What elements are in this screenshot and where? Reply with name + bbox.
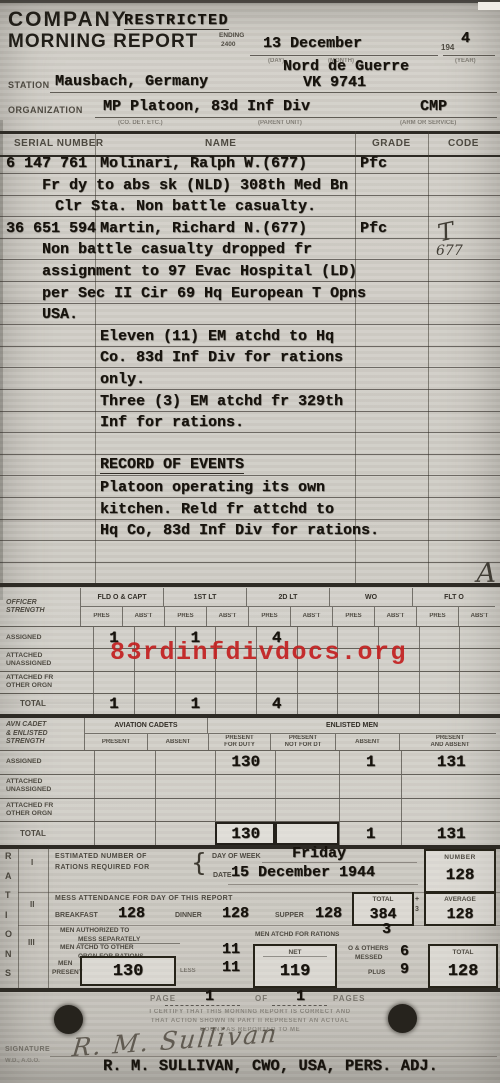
parent-unit-label: (PARENT UNIT) <box>258 120 302 126</box>
rations-numeral-1: I <box>31 858 33 867</box>
station-label: STATION <box>8 80 50 90</box>
cell-serial: 6 147 761 <box>6 155 87 172</box>
rations-letter: O <box>5 929 12 939</box>
cell-continuation: per Sec II Cir 69 Hq European T Opns <box>42 285 366 302</box>
column-header: PRES <box>80 607 122 626</box>
row-label-line: UNASSIGNED <box>6 660 51 668</box>
grid-reference-line2: VK 9741 <box>303 75 366 91</box>
cell-name: only. <box>100 371 145 388</box>
value-cell <box>275 775 338 798</box>
number-box: NUMBER 128 <box>424 849 496 893</box>
header-columns: FLD O & CAPT1ST LT2D LTWOFLT OPRESABS'TP… <box>80 588 500 626</box>
ending-time: 2400 <box>221 41 235 48</box>
serial-number-header: SERIAL NUMBER <box>14 138 104 149</box>
table-row: A <box>0 563 500 585</box>
others-messed-label1: O & OTHERS <box>348 945 388 952</box>
rations-letter: T <box>5 890 11 900</box>
supper-value: 128 <box>315 906 342 922</box>
value-cell: 1 <box>339 822 401 845</box>
value-cell <box>215 775 276 798</box>
table-row: USA. <box>0 304 500 326</box>
enlisted-strength-table: AVN CADET& ENLISTEDSTRENGTHAVIATION CADE… <box>0 718 500 845</box>
cell-name: Inf for rations. <box>100 414 244 431</box>
column-header-line: ABSENT <box>355 739 380 746</box>
row-label-line: ATTACHED <box>6 652 42 660</box>
atchd-other-label1: MEN ATCHD TO OTHER <box>60 944 134 951</box>
net-box: NET 119 <box>253 944 337 988</box>
table-row: per Sec II Cir 69 Hq European T Opns <box>0 282 500 304</box>
column-header-line: PRESENT <box>289 735 317 742</box>
table-header: AVN CADET& ENLISTEDSTRENGTHAVIATION CADE… <box>0 718 500 750</box>
org-sub-label: (CO. DET. ETC.) <box>118 120 163 126</box>
column-header: ABS'T <box>458 607 500 626</box>
value-cell <box>155 751 215 774</box>
organization-label: ORGANIZATION <box>8 105 83 115</box>
column-header-line: ABS'T <box>387 613 405 620</box>
row-label-line: ASSIGNED <box>6 758 42 766</box>
table-corner-label: OFFICERSTRENGTH <box>0 588 80 626</box>
table-row <box>0 541 500 563</box>
cell-name: Molinari, Ralph W.(677) <box>100 155 307 172</box>
cell-name: RECORD OF EVENTS <box>100 456 244 474</box>
value-cell <box>419 694 460 715</box>
cell-grade: Pfc <box>360 155 387 172</box>
men-present-label1: MEN <box>58 960 72 967</box>
group-header-row: AVIATION CADETSENLISTED MEN <box>84 718 500 734</box>
signature-label: SIGNATURE <box>5 1046 50 1053</box>
table-corner-label: AVN CADET& ENLISTEDSTRENGTH <box>0 718 84 750</box>
value-cell <box>297 694 338 715</box>
number-label: NUMBER <box>426 854 494 861</box>
table-row: Inf for rations. <box>0 412 500 434</box>
total-label: TOTAL <box>354 896 412 903</box>
value-cell: 130 <box>215 822 276 845</box>
dinner-value: 128 <box>222 906 249 922</box>
value-cell: 4 <box>256 694 297 715</box>
value-cell: 1 <box>339 751 401 774</box>
auth-mess-label1: MEN AUTHORIZED TO <box>60 927 129 934</box>
rations-section: RATIONS I ESTIMATED NUMBER OF RATIONS RE… <box>0 848 500 988</box>
plus-label: PLUS <box>368 969 385 976</box>
group-header: AVIATION CADETS <box>84 718 207 734</box>
row-label: ASSIGNED <box>0 751 94 774</box>
column-header-line: PRES <box>345 613 361 620</box>
value-cell <box>401 775 500 798</box>
column-header-line: PRES <box>429 613 445 620</box>
atchd-for-rations-value: 3 <box>382 922 391 938</box>
scan-top-edge <box>0 0 500 3</box>
column-header: PRESENTAND ABSENT <box>399 734 500 750</box>
value-cell <box>401 799 500 822</box>
cell-continuation: Fr dy to abs sk (NLD) 308th Med Bn <box>42 177 348 194</box>
personnel-entries-table: SERIAL NUMBER NAME GRADE CODE 6 147 761M… <box>0 131 500 585</box>
row-label-line: ASSIGNED <box>6 634 42 642</box>
value-cell: 131 <box>401 751 500 774</box>
mess-attendance-label: MESS ATTENDANCE FOR DAY OF THIS REPORT <box>55 895 233 902</box>
auth-mess-label2: MESS SEPARATELY <box>78 936 180 944</box>
column-header: PRES <box>332 607 374 626</box>
scan-corner-chip <box>478 2 500 10</box>
strength-value: 131 <box>437 753 466 771</box>
rations-letter: N <box>5 949 12 959</box>
row-label-line: TOTAL <box>6 830 46 838</box>
value-cell <box>175 672 216 693</box>
year-prefix: 194 <box>441 43 454 52</box>
signature-typed-name: R. M. SULLIVAN, CWO, USA, PERS. ADJ. <box>103 1058 438 1074</box>
men-present-label2: PRESENT <box>52 969 83 976</box>
of-label: OF <box>255 994 268 1003</box>
column-header: ABS'T <box>374 607 416 626</box>
value-cell <box>94 822 156 845</box>
arm-service-value: CMP <box>420 99 447 115</box>
cell-continuation: assignment to 97 Evac Hospital (LD) <box>42 263 357 280</box>
value-cell <box>155 799 215 822</box>
column-header: ABS'T <box>206 607 248 626</box>
column-header-line: ABS'T <box>219 613 237 620</box>
strength-value: 1 <box>366 753 376 771</box>
cell-name: kitchen. Reld fr attchd to <box>100 501 334 518</box>
table-row: Hq Co, 83d Inf Div for rations. <box>0 520 500 542</box>
group-header: 2D LT <box>246 588 329 607</box>
pages-underline <box>272 1005 327 1006</box>
table-header: OFFICERSTRENGTHFLD O & CAPT1ST LT2D LTWO… <box>0 588 500 626</box>
rations-numeral-2: II <box>30 900 34 909</box>
value-cell <box>134 694 175 715</box>
grade-header: GRADE <box>372 138 411 149</box>
value-cell <box>275 751 338 774</box>
strength-value: 130 <box>231 825 260 843</box>
less-label: LESS <box>180 968 196 974</box>
column-header-line: PRES <box>93 613 109 620</box>
watermark-text: 83rdinfdivdocs.org <box>110 638 407 667</box>
less-value: 11 <box>222 960 240 976</box>
strength-row: ATTACHED FROTHER ORGN <box>0 671 500 693</box>
rations-letter: R <box>5 851 12 861</box>
rations-total-box: TOTAL 128 <box>428 944 498 988</box>
value-cell <box>215 694 256 715</box>
value-cell <box>215 672 256 693</box>
date-label: DATE <box>213 872 232 879</box>
strength-row: ATTACHED FROTHER ORGN <box>0 798 500 822</box>
value-cell <box>378 694 419 715</box>
value-cell <box>419 672 460 693</box>
average-value: 128 <box>426 906 494 923</box>
cell-name: Co. 83d Inf Div for rations <box>100 349 343 366</box>
rations-letter: I <box>5 910 8 920</box>
column-header: PRESENTFOR DUTY <box>208 734 270 750</box>
value-cell <box>419 649 460 670</box>
group-header: 1ST LT <box>163 588 246 607</box>
atchd-for-rations-label: MEN ATCHD FOR RATIONS <box>255 931 339 938</box>
cell-name: Eleven (11) EM atchd to Hq <box>100 328 334 345</box>
table-row: only. <box>0 368 500 390</box>
column-header-line: ABS'T <box>303 613 321 620</box>
row-label-line: TOTAL <box>6 700 46 708</box>
value-cell <box>93 672 134 693</box>
row-label-line: ATTACHED FR <box>6 674 53 682</box>
value-cell <box>155 775 215 798</box>
brace-glyph: { <box>191 848 207 877</box>
value-cell <box>256 672 297 693</box>
header-columns: AVIATION CADETSENLISTED MENPRESENTABSENT… <box>84 718 500 750</box>
cell-continuation: Non battle casualty dropped fr <box>42 241 312 258</box>
year-value: 4 <box>461 31 470 47</box>
form-title-line2: MORNING REPORT <box>8 31 198 53</box>
strength-value: 1 <box>109 695 119 713</box>
row-label: ASSIGNED <box>0 627 93 648</box>
rations-total-label: TOTAL <box>430 949 496 956</box>
estimated-rations-label2: RATIONS REQUIRED FOR <box>55 864 150 871</box>
row-label-line: ATTACHED <box>6 778 42 786</box>
column-header: PRES <box>416 607 458 626</box>
breakfast-value: 128 <box>118 906 145 922</box>
report-date-value: 13 December <box>263 36 362 52</box>
strength-value: 4 <box>272 695 282 713</box>
restricted-stamp: RESTRICTED <box>124 12 229 30</box>
sub-header-row: PRESABS'TPRESABS'TPRESABS'TPRESABS'TPRES… <box>80 607 500 626</box>
group-header: FLT O <box>412 588 495 607</box>
form-number-text: W.D., A.G.O. <box>5 1058 40 1064</box>
value-cell <box>297 672 338 693</box>
strength-row: TOTAL114 <box>0 693 500 715</box>
strength-row: ATTACHEDUNASSIGNED <box>0 774 500 798</box>
cell-grade: Pfc <box>360 220 387 237</box>
value-cell: 1 <box>175 694 216 715</box>
table-row: 36 651 594Martin, Richard N.(677)PfcT <box>0 217 500 239</box>
column-header-line: PRESENT <box>102 739 130 746</box>
value-cell <box>459 672 500 693</box>
strength-value: 1 <box>191 695 201 713</box>
cell-name: Three (3) EM atchd fr 329th <box>100 393 343 410</box>
station-value: Mausbach, Germany <box>55 74 208 90</box>
row-label: ATTACHED FROTHER ORGN <box>0 799 94 822</box>
value-cell <box>275 799 338 822</box>
punch-hole-right <box>388 1004 417 1033</box>
estimated-rations-label1: ESTIMATED NUMBER OF <box>55 853 147 860</box>
average-box: AVERAGE 128 <box>424 892 496 926</box>
rations-total-value: 128 <box>430 962 496 981</box>
row-label: ATTACHEDUNASSIGNED <box>0 775 94 798</box>
cell-name: Hq Co, 83d Inf Div for rations. <box>100 522 379 539</box>
ending-label: ENDING <box>219 32 244 39</box>
day-of-week-label: DAY OF WEEK <box>212 853 261 860</box>
cell-serial: 36 651 594 <box>6 220 96 237</box>
form-title-line1: COMPANY <box>8 8 128 32</box>
net-label: NET <box>263 949 327 957</box>
year-rule <box>443 55 495 56</box>
column-header-line: ABS'T <box>135 613 153 620</box>
rations-letter: S <box>5 968 11 978</box>
rations-numeral-3: III <box>28 938 35 947</box>
date-rule <box>250 55 438 56</box>
net-value: 119 <box>255 962 335 981</box>
table-row: Clr Sta. Non battle casualty. <box>0 196 500 218</box>
pages-label: PAGES <box>333 994 365 1003</box>
group-header-row: FLD O & CAPT1ST LT2D LTWOFLT O <box>80 588 500 607</box>
column-header: PRES <box>248 607 290 626</box>
number-value: 128 <box>426 866 494 884</box>
breakfast-label: BREAKFAST <box>55 912 98 919</box>
code-header: CODE <box>448 138 479 149</box>
value-cell <box>459 649 500 670</box>
date-rule <box>228 884 418 885</box>
rations-date-value: 15 December 1944 <box>231 865 375 881</box>
atchd-other-value: 11 <box>222 942 240 958</box>
strength-row: TOTAL1301131 <box>0 821 500 845</box>
column-header-line: PRES <box>177 613 193 620</box>
column-header: ABS'T <box>290 607 332 626</box>
strength-value: 131 <box>437 825 466 843</box>
column-header: PRESENTNOT FOR DT <box>270 734 335 750</box>
table-row: assignment to 97 Evac Hospital (LD) <box>0 260 500 282</box>
value-cell <box>337 694 378 715</box>
row-label-line: UNASSIGNED <box>6 786 51 794</box>
value-cell <box>419 627 460 648</box>
men-present-box: 130 <box>80 956 176 986</box>
value-cell <box>337 672 378 693</box>
table-row: Eleven (11) EM atchd to Hq <box>0 325 500 347</box>
page-label: PAGE <box>150 994 176 1003</box>
rations-divider <box>18 848 19 988</box>
row-label: TOTAL <box>0 694 93 715</box>
cell-name: Platoon operating its own <box>100 479 325 496</box>
entries-rows: 6 147 761Molinari, Ralph W.(677)PfcFr dy… <box>0 153 500 585</box>
section-divider <box>0 988 500 992</box>
row-label: ATTACHEDUNASSIGNED <box>0 649 93 670</box>
value-cell <box>94 799 156 822</box>
column-header-line: FOR DUTY <box>224 742 255 749</box>
page-number: 1 <box>205 989 214 1005</box>
column-header-line: PRESENT <box>225 735 253 742</box>
sub-header-row: PRESENTABSENTPRESENTFOR DUTYPRESENTNOT F… <box>84 734 500 750</box>
supper-label: SUPPER <box>275 912 304 919</box>
column-header: PRES <box>164 607 206 626</box>
row-label: ATTACHED FROTHER ORGN <box>0 672 93 693</box>
strength-value: 130 <box>231 753 260 771</box>
value-cell <box>339 775 401 798</box>
name-header: NAME <box>205 138 236 149</box>
value-cell <box>155 822 215 845</box>
others-messed-value: 6 <box>400 944 409 960</box>
value-cell: 1 <box>93 694 134 715</box>
table-row: kitchen. Reld fr attchd to <box>0 498 500 520</box>
column-header: ABSENT <box>335 734 399 750</box>
average-label: AVERAGE <box>426 896 494 903</box>
strength-value: 1 <box>366 825 376 843</box>
table-row: 6 147 761Molinari, Ralph W.(677)Pfc <box>0 153 500 175</box>
divide-by-value: 3 <box>415 906 419 913</box>
plus-value: 9 <box>400 962 409 978</box>
rations-letter: A <box>5 871 12 881</box>
value-cell <box>94 751 156 774</box>
column-header-line: PRESENT <box>436 735 464 742</box>
day-of-week-value: Friday <box>292 846 346 862</box>
day-rule <box>262 862 417 863</box>
corner-label-line: STRENGTH <box>6 607 45 616</box>
column-header-line: PRES <box>261 613 277 620</box>
others-messed-label2: MESSED <box>355 954 382 961</box>
row-label-line: OTHER ORGN <box>6 682 52 690</box>
organization-value: MP Platoon, 83d Inf Div <box>103 99 310 115</box>
station-rule <box>50 92 497 93</box>
day-label: (DAY) <box>268 58 284 64</box>
row-label: TOTAL <box>0 822 94 845</box>
value-cell <box>275 822 338 845</box>
men-present-value: 130 <box>82 962 174 981</box>
table-row: Fr dy to abs sk (NLD) 308th Med Bn <box>0 174 500 196</box>
cell-continuation: USA. <box>42 306 78 323</box>
table-row: Three (3) EM atchd fr 329th <box>0 390 500 412</box>
corner-label-line: AVN CADET <box>6 721 46 730</box>
pages-total: 1 <box>296 989 305 1005</box>
column-header-line: NOT FOR DT <box>285 742 322 749</box>
group-header: ENLISTED MEN <box>207 718 496 734</box>
value-cell <box>134 672 175 693</box>
page-underline <box>165 1005 240 1006</box>
section-divider <box>0 583 500 587</box>
cell-continuation: Clr Sta. Non battle casualty. <box>55 198 316 215</box>
cell-name: Martin, Richard N.(677) <box>100 220 307 237</box>
value-cell <box>459 694 500 715</box>
table-row <box>0 433 500 455</box>
year-label: (YEAR) <box>455 58 476 64</box>
handwritten-code-mark: 677 <box>436 243 463 259</box>
value-cell <box>215 799 276 822</box>
group-header: FLD O & CAPT <box>80 588 163 607</box>
section-divider <box>0 714 500 718</box>
punch-hole-left <box>54 1005 83 1034</box>
column-header-line: AND ABSENT <box>430 742 469 749</box>
value-cell <box>94 775 156 798</box>
value-cell <box>339 799 401 822</box>
row-label-line: ATTACHED FR <box>6 802 53 810</box>
arm-service-label: (ARM OR SERVICE) <box>400 120 456 126</box>
row-label-line: OTHER ORGN <box>6 810 52 818</box>
column-header: ABS'T <box>122 607 164 626</box>
column-header-line: ABS'T <box>471 613 489 620</box>
value-cell <box>459 627 500 648</box>
column-header: PRESENT <box>84 734 147 750</box>
corner-label-line: & ENLISTED <box>6 730 48 739</box>
value-cell <box>378 672 419 693</box>
organization-rule <box>95 117 497 118</box>
value-cell: 131 <box>401 822 500 845</box>
value-cell: 130 <box>215 751 276 774</box>
table-row: Co. 83d Inf Div for rations <box>0 347 500 369</box>
column-header-line: ABSENT <box>166 739 191 746</box>
table-row: RECORD OF EVENTS <box>0 455 500 477</box>
strength-row: ASSIGNED1301131 <box>0 750 500 774</box>
corner-label-line: OFFICER <box>6 599 37 608</box>
column-header: ABSENT <box>147 734 208 750</box>
table-row: Non battle casualty dropped fr677 <box>0 239 500 261</box>
grid-reference-line1: Nord de Guerre <box>283 59 409 75</box>
dinner-label: DINNER <box>175 912 202 919</box>
morning-report-document: COMPANY MORNING REPORT RESTRICTED ENDING… <box>0 0 500 1083</box>
divide-symbol: + <box>415 896 419 903</box>
table-row: Platoon operating its own <box>0 476 500 498</box>
group-header: WO <box>329 588 412 607</box>
rations-divider <box>48 848 49 988</box>
corner-label-line: STRENGTH <box>6 738 45 747</box>
